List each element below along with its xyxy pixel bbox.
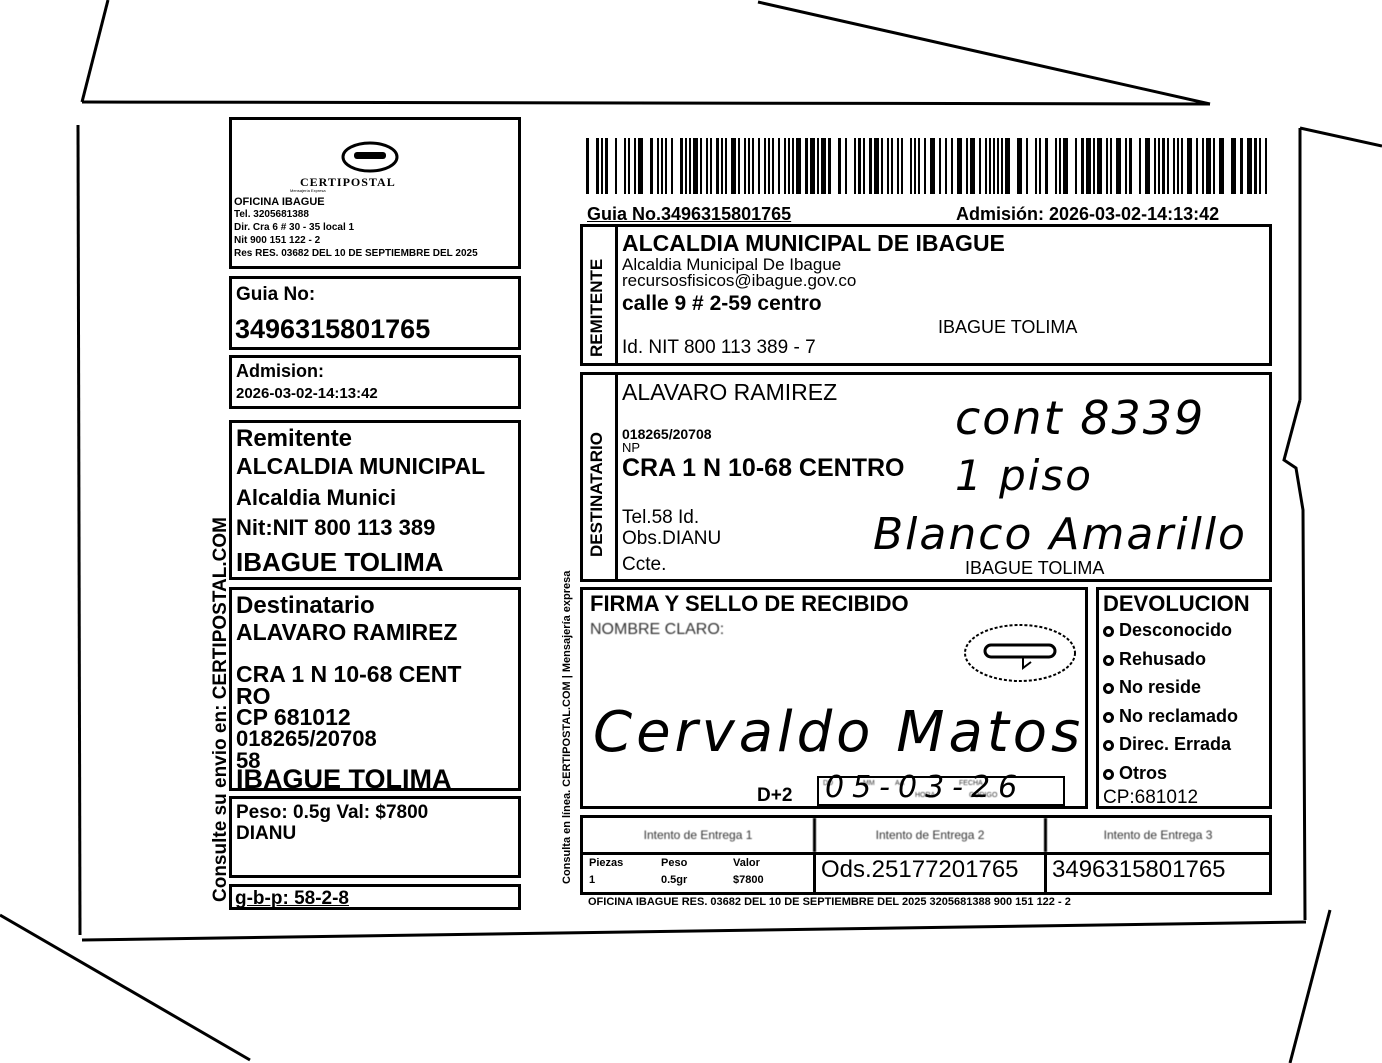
remitente-detail-box: REMITENTE ALCALDIA MUNICIPAL DE IBAGUE A…: [580, 224, 1272, 366]
remitente-short: Alcaldia Munici: [236, 487, 396, 509]
stamp-seal-icon: [961, 620, 1079, 686]
devolucion-option-label: No reclamado: [1119, 706, 1238, 726]
remitente-nit: Nit:NIT 800 113 389: [236, 517, 435, 539]
handwritten-note-1: cont 8339: [955, 391, 1205, 445]
left-side-consult-text: Consulte su envio en: CERTIPOSTAL.COM: [211, 517, 230, 902]
destinatario-detail-box: DESTINATARIO ALAVARO RAMIREZ 018265/2070…: [580, 372, 1272, 582]
devolucion-cp: CP:681012: [1103, 788, 1198, 807]
destinatario-city: IBAGUE TOLIMA: [236, 766, 452, 793]
destinatario-detail-obs: Obs.DIANU: [622, 529, 721, 548]
gbp-box: g-b-p: 58-2-8: [229, 884, 521, 910]
firma-box: FIRMA Y SELLO DE RECIBIDO NOMBRE CLARO: …: [580, 587, 1088, 809]
peso-value: 0.5gr: [661, 875, 687, 886]
destinatario-tab-label: DESTINATARIO: [588, 432, 605, 557]
destinatario-label: Destinatario: [236, 594, 375, 618]
office-header-box: CERTIPOSTAL Mensajería Expresa OFICINA I…: [229, 117, 521, 269]
admision-value: 2026-03-02-14:13:42: [236, 386, 378, 401]
devolucion-option[interactable]: No reclamado: [1103, 707, 1238, 725]
destinatario-detail-ccte: Ccte.: [622, 555, 666, 574]
destinatario-detail-name: ALAVARO RAMIREZ: [622, 381, 837, 404]
guia-box: Guia No: 3496315801765: [229, 276, 521, 350]
summary-guia-number: 3496315801765: [1052, 858, 1226, 882]
intento-entrega-1[interactable]: Intento de Entrega 1: [583, 818, 816, 852]
remitente-tab-label: REMITENTE: [588, 259, 605, 357]
destinatario-ref: 018265/20708: [236, 728, 377, 750]
remitente-detail-id: Id. NIT 800 113 389 - 7: [622, 338, 816, 357]
destinatario-name: ALAVARO RAMIREZ: [236, 621, 457, 644]
office-res: Res RES. 03682 DEL 10 DE SEPTIEMBRE DEL …: [234, 249, 478, 259]
right-side-consult-text: Consulta en línea. CERTIPOSTAL.COM | Men…: [562, 571, 573, 884]
destinatario-detail-ref: 018265/20708: [622, 427, 712, 441]
devolucion-option[interactable]: Desconocido: [1103, 621, 1232, 639]
devolucion-option[interactable]: Direc. Errada: [1103, 735, 1231, 753]
destinatario-detail-address: CRA 1 N 10-68 CENTRO: [622, 456, 904, 481]
devolucion-option-label: Otros: [1119, 763, 1167, 783]
radio-icon[interactable]: [1103, 740, 1114, 751]
peso-obs: DIANU: [236, 824, 296, 843]
devolucion-option-label: Direc. Errada: [1119, 734, 1231, 754]
devolucion-box: DEVOLUCION DesconocidoRehusadoNo resideN…: [1096, 587, 1272, 809]
peso-line: Peso: 0.5g Val: $7800: [236, 803, 428, 822]
remitente-detail-city: IBAGUE TOLIMA: [938, 318, 1077, 336]
table-divider: [1044, 855, 1047, 892]
gbp-value: g-b-p: 58-2-8: [235, 889, 349, 908]
office-dir: Dir. Cra 6 # 30 - 35 local 1: [234, 223, 354, 233]
delivery-date-field[interactable]: DD MM AA HORA FECHA CODIGO 05-03-26: [817, 776, 1065, 806]
piezas-label: Piezas: [589, 858, 623, 869]
radio-icon[interactable]: [1103, 683, 1114, 694]
logo-tagline: Mensajería Expresa: [290, 189, 326, 193]
remitente-name: ALCALDIA MUNICIPAL: [236, 455, 485, 478]
radio-icon[interactable]: [1103, 712, 1114, 723]
remitente-detail-email: recursosfisicos@ibague.gov.co: [622, 272, 856, 289]
devolucion-option-label: Desconocido: [1119, 620, 1232, 640]
devolucion-option-label: No reside: [1119, 677, 1201, 697]
ods-number: Ods.25177201765: [821, 858, 1019, 882]
footer-office-text: OFICINA IBAGUE RES. 03682 DEL 10 DE SEPT…: [588, 897, 1071, 908]
destinatario-box: Destinatario ALAVARO RAMIREZ CRA 1 N 10-…: [229, 587, 521, 791]
signature: Cervaldo Matos: [593, 700, 1084, 765]
peso-box: Peso: 0.5g Val: $7800 DIANU: [229, 796, 521, 878]
certipostal-logo-icon: [340, 140, 400, 174]
remitente-city: IBAGUE TOLIMA: [236, 549, 444, 575]
remitente-detail-name: ALCALDIA MUNICIPAL DE IBAGUE: [622, 232, 1005, 255]
radio-icon[interactable]: [1103, 655, 1114, 666]
remitente-label: Remitente: [236, 427, 352, 451]
radio-icon[interactable]: [1103, 626, 1114, 637]
office-nit: Nit 900 151 122 - 2: [234, 236, 320, 246]
piezas-value: 1: [589, 875, 595, 886]
guia-label: Guia No:: [236, 285, 315, 304]
destinatario-detail-city: IBAGUE TOLIMA: [965, 559, 1104, 577]
attempts-header-row: Intento de Entrega 1 Intento de Entrega …: [583, 818, 1269, 855]
intento-entrega-2[interactable]: Intento de Entrega 2: [816, 818, 1047, 852]
handwritten-note-2: 1 piso: [955, 451, 1093, 500]
guia-line: Guia No.3496315801765: [587, 205, 791, 223]
devolucion-option[interactable]: Rehusado: [1103, 650, 1206, 668]
remitente-tab: REMITENTE: [583, 227, 618, 363]
devolucion-title: DEVOLUCION: [1103, 593, 1250, 615]
destinatario-detail-tel: Tel.58 Id.: [622, 508, 699, 527]
admision-line: Admisión: 2026-03-02-14:13:42: [956, 205, 1219, 223]
devolucion-option-label: Rehusado: [1119, 649, 1206, 669]
delivery-attempts-table: Intento de Entrega 1 Intento de Entrega …: [580, 815, 1272, 895]
destinatario-detail-np: NP: [622, 441, 640, 454]
logo-brand: CERTIPOSTAL: [300, 176, 396, 188]
remitente-detail-address: calle 9 # 2-59 centro: [622, 293, 822, 314]
nombre-claro-label: NOMBRE CLARO:: [590, 622, 724, 638]
office-name: OFICINA IBAGUE: [234, 197, 325, 208]
guia-number: 3496315801765: [235, 316, 430, 343]
destinatario-tab: DESTINATARIO: [583, 375, 618, 579]
devolucion-option[interactable]: Otros: [1103, 764, 1167, 782]
barcode: [586, 138, 1270, 194]
valor-value: $7800: [733, 875, 764, 886]
admision-box: Admision: 2026-03-02-14:13:42: [229, 355, 521, 409]
admision-label: Admision:: [236, 362, 324, 380]
radio-icon[interactable]: [1103, 769, 1114, 780]
handwritten-note-3: Blanco Amarillo: [873, 509, 1247, 560]
peso-label: Peso: [661, 858, 687, 869]
intento-entrega-3[interactable]: Intento de Entrega 3: [1047, 818, 1269, 852]
valor-label: Valor: [733, 858, 760, 869]
office-tel: Tel. 3205681388: [234, 210, 309, 220]
handwritten-date: 05-03-26: [825, 770, 1025, 805]
firma-title: FIRMA Y SELLO DE RECIBIDO: [590, 593, 909, 615]
remitente-box: Remitente ALCALDIA MUNICIPAL Alcaldia Mu…: [229, 420, 521, 580]
devolucion-option[interactable]: No reside: [1103, 678, 1201, 696]
piezas-peso-valor-cell: Piezas 1 Peso 0.5gr Valor $7800: [583, 855, 816, 892]
delivery-code: D+2: [757, 786, 792, 805]
